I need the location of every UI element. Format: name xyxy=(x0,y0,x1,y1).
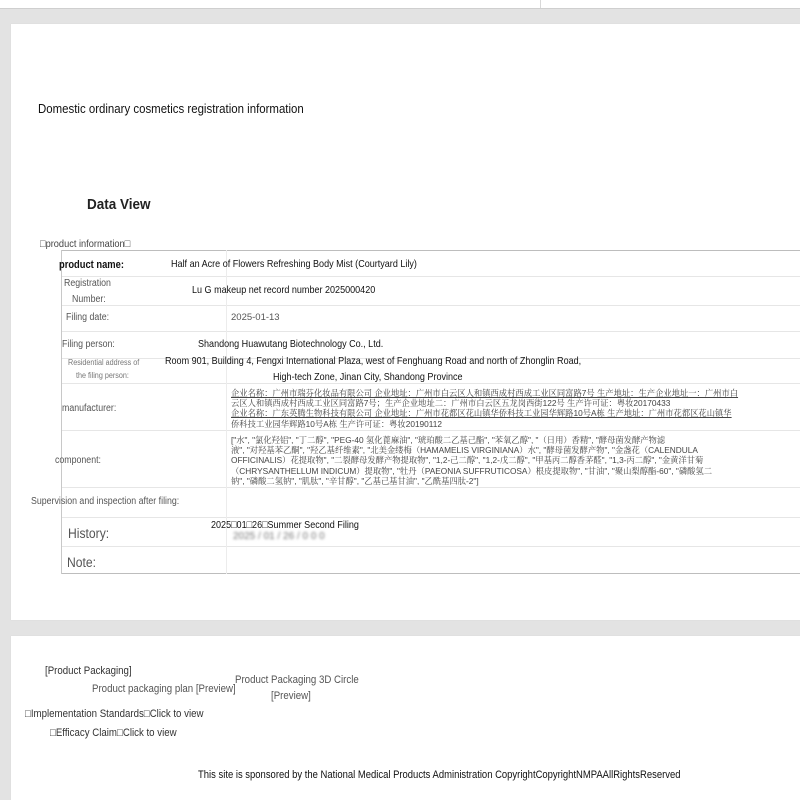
manufacturer-value: 企业名称：广州市瑞芬化妆品有限公司 企业地址：广州市白云区人和镇西成村西成工业区… xyxy=(231,388,791,429)
attachments-panel: [Product Packaging] Product packaging pl… xyxy=(11,636,800,800)
note-label: Note: xyxy=(67,555,96,570)
manufacturer-line: 企业名称：广州市瑞芬化妆品有限公司 企业地址：广州市白云区人和镇西成村西成工业区… xyxy=(231,388,791,398)
component-line: OFFICINALIS）花提取物", "二裂酵母发酵产物提取物", "1,2-己… xyxy=(231,455,791,465)
packaging-plan-preview-link[interactable]: Product packaging plan [Preview] xyxy=(92,683,236,695)
table-border-top xyxy=(62,250,800,251)
implementation-standards-link[interactable]: □Implementation Standards□Click to view xyxy=(25,708,203,720)
packaging-3d-preview-link-line1[interactable]: Product Packaging 3D Circle xyxy=(235,674,359,686)
history-blurred-text: 2025 / 01 / 26 / 0 0 0 xyxy=(233,531,325,542)
component-value: ["水", "氯化羟铝", "丁二醇", "PEG-40 氢化蓖麻油", "琥珀… xyxy=(231,435,791,486)
page-title: Domestic ordinary cosmetics registration… xyxy=(38,101,304,116)
supervision-label: Supervision and inspection after filing: xyxy=(31,496,179,507)
history-label: History: xyxy=(68,526,109,541)
row-divider xyxy=(62,276,800,277)
packaging-3d-preview-link-line2[interactable]: [Preview] xyxy=(271,690,311,702)
manufacturer-line: 云区人和镇西成村西成工业区同富路7号；生产企业地址二：广州市白云区五龙岗西街12… xyxy=(231,398,791,408)
address-value-line2: High-tech Zone, Jinan City, Shandong Pro… xyxy=(273,371,463,383)
top-strip-divider xyxy=(540,0,541,8)
row-divider xyxy=(62,487,800,488)
component-line: （CHRYSANTHELLUM INDICUM）提取物", "牡丹（PAEONI… xyxy=(231,466,791,476)
product-packaging-heading: [Product Packaging] xyxy=(45,665,132,677)
registration-number-label-line1: Registration xyxy=(64,278,111,289)
manufacturer-line: 企业名称：广东英腾生物科技有限公司 企业地址：广州市花都区花山镇华侨科技工业园华… xyxy=(231,408,791,418)
filing-date-value: 2025-01-13 xyxy=(231,312,280,323)
product-name-label: product name: xyxy=(59,259,124,271)
row-divider xyxy=(62,305,800,306)
registration-number-label-line2: Number: xyxy=(72,294,106,305)
registration-number-value: Lu G makeup net record number 2025000420 xyxy=(192,284,375,296)
efficacy-claim-link[interactable]: □Efficacy Claim□Click to view xyxy=(50,727,177,739)
manufacturer-line: 侨科技工业园华辉路10号A栋 生产许可证：粤妆20190112 xyxy=(231,419,791,429)
component-label: component: xyxy=(55,455,101,466)
history-value: 2025□01□26□Summer Second Filing xyxy=(211,519,359,531)
row-divider xyxy=(62,331,800,332)
row-divider xyxy=(62,546,800,547)
address-label-line1: Residential address of xyxy=(68,357,139,369)
product-information-label: □product information□ xyxy=(40,238,130,250)
address-value-line1: Room 901, Building 4, Fengxi Internation… xyxy=(165,355,581,367)
component-line: 钠", "磷酸二氢钠", "肌肽", "辛甘醇", "乙基己基甘油", "乙酰基… xyxy=(231,476,791,486)
address-label-line2: the filing person: xyxy=(76,370,129,382)
filing-person-label: Filing person: xyxy=(62,339,115,350)
section-title-data-view: Data View xyxy=(87,196,151,213)
registration-panel: Domestic ordinary cosmetics registration… xyxy=(11,24,800,620)
footer-copyright: This site is sponsored by the National M… xyxy=(198,769,681,781)
component-line: ["水", "氯化羟铝", "丁二醇", "PEG-40 氢化蓖麻油", "琥珀… xyxy=(231,435,791,445)
manufacturer-label: manufacturer: xyxy=(62,403,116,414)
row-divider xyxy=(62,383,800,384)
table-border-bottom xyxy=(62,573,800,574)
filing-date-label: Filing date: xyxy=(66,312,109,323)
component-line: 液", "对羟基苯乙酮", "羟乙基纤维素", "北美金缕梅（HAMAMELIS… xyxy=(231,445,791,455)
product-name-value: Half an Acre of Flowers Refreshing Body … xyxy=(171,258,417,270)
top-strip xyxy=(0,0,800,9)
filing-person-value: Shandong Huawutang Biotechnology Co., Lt… xyxy=(198,338,383,350)
row-divider xyxy=(62,517,800,518)
row-divider xyxy=(62,430,800,431)
